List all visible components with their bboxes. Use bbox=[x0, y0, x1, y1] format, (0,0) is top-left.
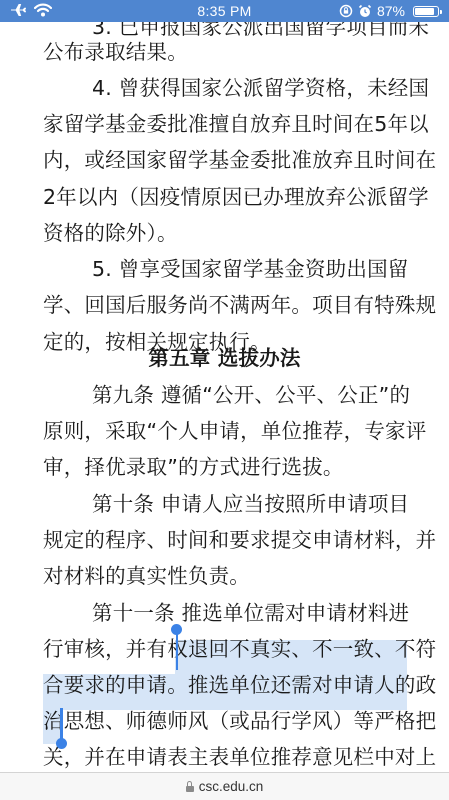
selected-text[interactable]: 治思想、师德师风（或品行学风）等严格把 bbox=[43, 709, 436, 733]
document-line: 学、回国后服务尚不满两年。项目有特殊规 bbox=[43, 290, 407, 320]
document-line: 家留学基金委批准擅自放弃且时间在5年以 bbox=[43, 109, 407, 139]
unselected-text: ，并在申请表主表单位推荐意见栏中对上 bbox=[64, 745, 437, 769]
document-line: 行审核，并有权退回不真实、不一致、不符 bbox=[43, 634, 407, 664]
selected-text[interactable]: 推选单位还需对申请人的政 bbox=[188, 673, 436, 697]
status-right: 87% bbox=[339, 3, 439, 19]
orientation-lock-icon bbox=[339, 4, 353, 18]
battery-percent: 87% bbox=[377, 3, 405, 19]
selection-end-handle[interactable] bbox=[56, 738, 67, 749]
document-line: 审，择优录取”的方式进行选拔。 bbox=[43, 452, 407, 482]
selection-start-caret[interactable] bbox=[176, 630, 179, 670]
document-line: 第十条 申请人应当按照所申请项目 bbox=[92, 489, 407, 519]
document-line-partially-selected[interactable]: 关，并在申请表主表单位推荐意见栏中对上 bbox=[43, 742, 407, 772]
url-text[interactable]: csc.edu.cn bbox=[199, 779, 264, 794]
selection-end-caret[interactable] bbox=[60, 708, 63, 742]
document-line-selected[interactable]: 治思想、师德师风（或品行学风）等严格把 bbox=[43, 706, 407, 736]
status-bar: 8:35 PM 87% bbox=[0, 0, 449, 22]
document-line: 5. 曾享受国家留学基金资助出国留 bbox=[92, 254, 407, 284]
unselected-text: 合要求的申请。 bbox=[43, 673, 188, 697]
document-line: 公布录取结果。 bbox=[43, 37, 407, 67]
lock-icon bbox=[186, 786, 194, 792]
document-line: 对材料的真实性负责。 bbox=[43, 561, 407, 591]
document-line: 内，或经国家留学基金委批准放弃且时间在 bbox=[43, 145, 407, 175]
alarm-icon bbox=[358, 4, 372, 18]
document-content: 3. 已申报国家公派出国留学项目而未 公布录取结果。 4. 曾获得国家公派留学资… bbox=[0, 0, 449, 772]
document-line: 规定的程序、时间和要求提交申请材料，并 bbox=[43, 525, 407, 555]
document-line: 第九条 遵循“公开、公平、公正”的 bbox=[92, 380, 407, 410]
chapter-heading: 第五章 选拔办法 bbox=[0, 343, 449, 373]
document-line-partially-selected[interactable]: 合要求的申请。推选单位还需对申请人的政 bbox=[43, 670, 407, 700]
document-line: 资格的除外）。 bbox=[43, 218, 407, 248]
address-bar[interactable]: csc.edu.cn bbox=[0, 772, 449, 800]
battery-icon bbox=[413, 6, 439, 17]
document-line: 4. 曾获得国家公派留学资格，未经国 bbox=[92, 73, 407, 103]
document-line: 第十一条 推选单位需对申请材料进 bbox=[92, 598, 407, 628]
document-line: 原则，采取“个人申请，单位推荐，专家评 bbox=[43, 416, 407, 446]
document-line: 2年以内（因疫情原因已办理放弃公派留学 bbox=[43, 182, 407, 212]
